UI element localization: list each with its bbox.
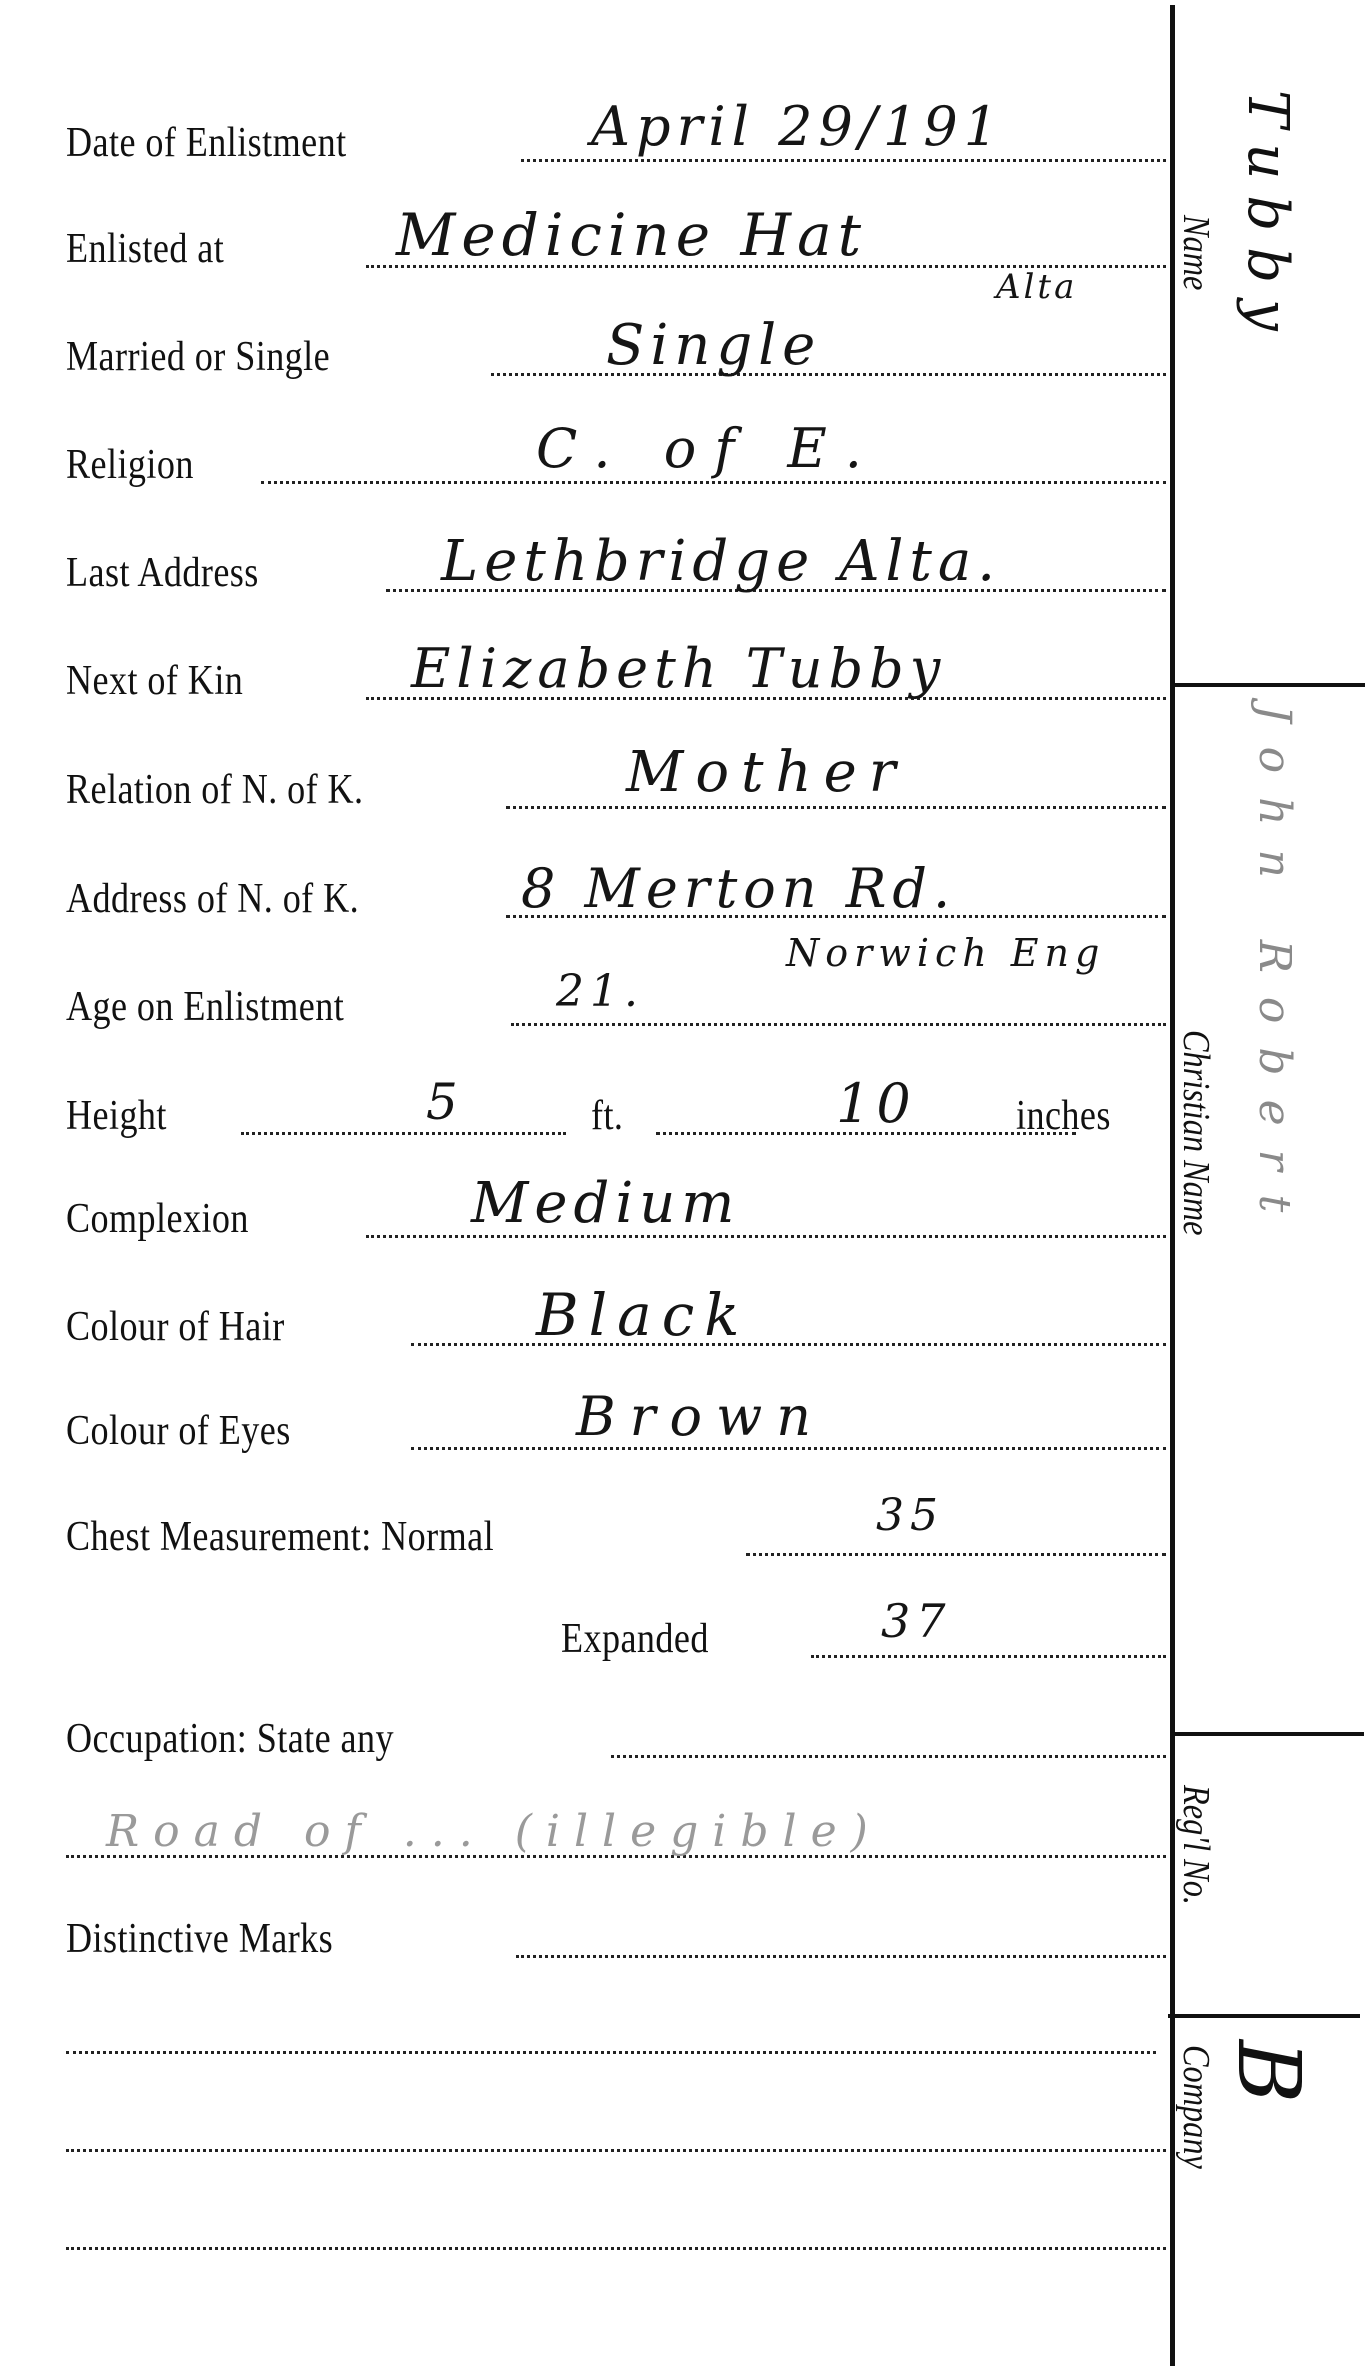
value-height-feet[interactable]: 5 [426,1077,464,1127]
field-chest-expanded: Expanded 37 [66,1600,1166,1660]
label-chest-normal: Chest Measurement: Normal [66,1516,494,1558]
field-age-on-enlistment: Age on Enlistment 21. [66,968,1166,1028]
field-colour-of-eyes: Colour of Eyes Brown [66,1392,1166,1452]
dotted-line [66,2051,1156,2054]
field-next-of-kin: Next of Kin Elizabeth Tubby [66,642,1166,702]
value-address-of-nok[interactable]: 8 Merton Rd. [521,862,956,916]
dotted-line [521,159,1166,162]
field-last-address: Last Address Lethbridge Alta. [66,534,1166,594]
label-relation-of-nok: Relation of N. of K. [66,769,364,811]
value-complexion[interactable]: Medium [471,1176,740,1232]
label-regl-no: Reg'l No. [1174,1785,1218,1905]
field-date-of-enlistment: Date of Enlistment April 29/191 [66,104,1166,164]
value-occupation-line2[interactable]: Road of ... (illegible) [106,1810,882,1854]
dotted-line [66,2247,1166,2250]
section-rule-company [1168,2014,1360,2018]
label-occupation: Occupation: State any [66,1718,394,1760]
value-colour-of-eyes[interactable]: Brown [576,1390,825,1444]
label-colour-of-hair: Colour of Hair [66,1306,285,1348]
label-age-on-enlistment: Age on Enlistment [66,986,344,1028]
label-complexion: Complexion [66,1198,249,1240]
dotted-line [746,1553,1166,1556]
field-height: Height 5 ft. 10 inches [66,1077,1166,1137]
distinctive-marks-line-3[interactable] [66,2094,1166,2154]
value-chest-expanded[interactable]: 37 [881,1598,952,1644]
field-chest-normal: Chest Measurement: Normal 35 [66,1498,1166,1558]
label-height: Height [66,1095,167,1137]
section-rule-name [1172,683,1365,687]
distinctive-marks-line-2[interactable] [66,1996,1166,2056]
label-distinctive-marks: Distinctive Marks [66,1918,333,1960]
field-address-of-nok: Address of N. of K. 8 Merton Rd. Norwich… [66,860,1166,920]
value-height-inches[interactable]: 10 [836,1077,917,1131]
dotted-line [811,1655,1166,1658]
label-date-of-enlistment: Date of Enlistment [66,122,347,164]
dotted-line [491,373,1166,376]
value-next-of-kin[interactable]: Elizabeth Tubby [411,642,946,696]
value-age-on-enlistment[interactable]: 21. [556,970,644,1014]
field-enlisted-at: Enlisted at Medicine Hat Alta [66,210,1166,270]
label-enlisted-at: Enlisted at [66,228,224,270]
value-address-of-nok-line2[interactable]: Norwich Eng [786,934,1105,972]
value-name[interactable]: Tubby [1235,90,1300,347]
label-company: Company [1174,2045,1218,2169]
label-chest-expanded: Expanded [561,1618,709,1660]
value-enlisted-at[interactable]: Medicine Hat [396,206,867,264]
value-chest-normal[interactable]: 35 [876,1494,944,1538]
value-married-or-single[interactable]: Single [606,318,821,374]
label-next-of-kin: Next of Kin [66,660,243,702]
dotted-line [516,1955,1166,1958]
value-company[interactable]: B [1218,2040,1318,2119]
value-religion[interactable]: C. of E. [536,422,880,476]
dotted-line [506,806,1166,809]
field-relation-of-nok: Relation of N. of K. Mother [66,751,1166,811]
label-last-address: Last Address [66,552,259,594]
dotted-line-feet [241,1132,566,1135]
value-date-of-enlistment[interactable]: April 29/191 [591,100,1004,154]
dotted-line [511,1023,1166,1026]
dotted-line [261,481,1166,484]
value-enlisted-at-line2[interactable]: Alta [996,270,1077,304]
field-colour-of-hair: Colour of Hair Black [66,1288,1166,1348]
label-height-inches: inches [1016,1095,1111,1137]
dotted-line [611,1755,1166,1758]
field-complexion: Complexion Medium [66,1180,1166,1240]
value-relation-of-nok[interactable]: Mother [626,745,908,801]
label-christian-name: Christian Name [1174,1030,1218,1235]
field-distinctive-marks: Distinctive Marks [66,1900,1166,1960]
field-religion: Religion C. of E. [66,426,1166,486]
dotted-line [411,1343,1166,1346]
field-married-or-single: Married or Single Single [66,318,1166,378]
section-rule-regl-no [1174,1732,1364,1736]
attestation-card: Date of Enlistment April 29/191 Enlisted… [0,0,1370,2366]
value-christian-name[interactable]: John Robert [1249,705,1300,1236]
field-occupation: Occupation: State any [66,1700,1166,1760]
distinctive-marks-line-4[interactable] [66,2192,1166,2252]
dotted-line [66,2149,1166,2152]
label-colour-of-eyes: Colour of Eyes [66,1410,291,1452]
label-married-or-single: Married or Single [66,336,330,378]
label-height-ft: ft. [591,1095,623,1137]
value-last-address[interactable]: Lethbridge Alta. [441,534,1001,590]
label-religion: Religion [66,444,194,486]
field-occupation-line2: Road of ... (illegible) [66,1800,1166,1860]
label-name: Name [1174,215,1218,290]
value-colour-of-hair[interactable]: Black [536,1286,749,1344]
label-address-of-nok: Address of N. of K. [66,878,359,920]
